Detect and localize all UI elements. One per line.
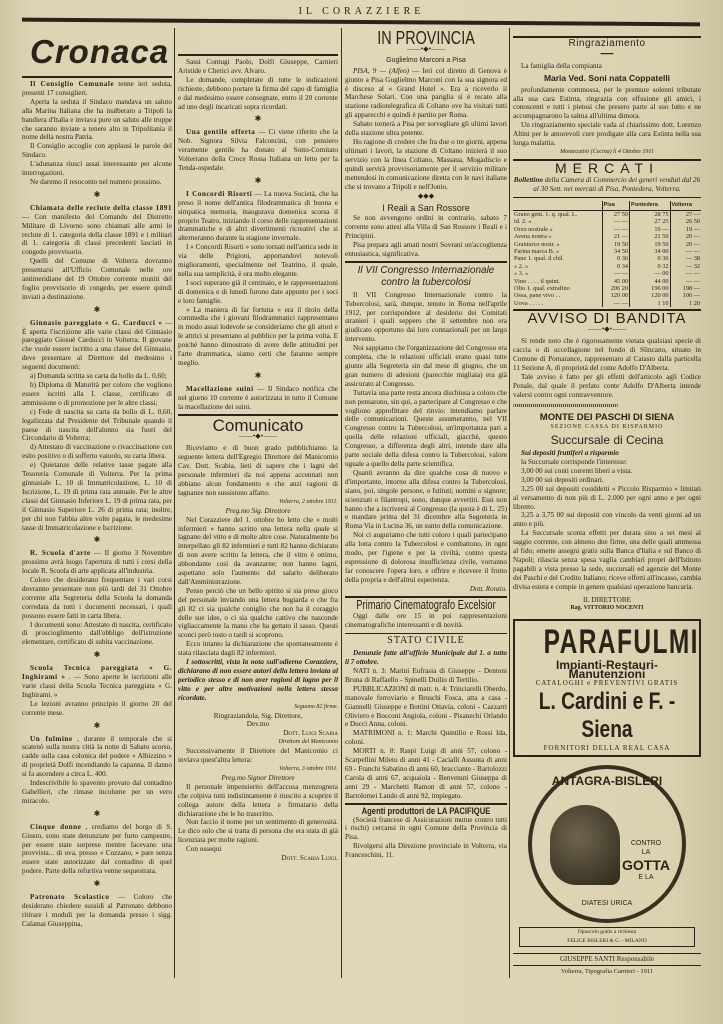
price: 26 50: [670, 218, 701, 225]
article-paragraph: Indescrivibile lo spavento provato dal c…: [22, 779, 172, 806]
commodity: Olio 1. qual. extrafino: [513, 285, 602, 292]
commodity: Granturco nostr. »: [513, 241, 602, 248]
paragraph: Penso perciò che un bello spirito si sia…: [178, 587, 338, 640]
salutation-2: Preg.mo Signor Direttore: [178, 774, 338, 783]
pacifique-body: (Società francese di Assicurazioni mutue…: [345, 816, 507, 843]
declaration: I sottoscritti, vista la nota sull'odier…: [178, 658, 338, 703]
price: 27 50: [602, 211, 630, 219]
paragraph: Nel Corazziere del 1. ottobre ho letto c…: [178, 516, 338, 587]
article-paragraph: Coloro che desiderano frequentare i vari…: [22, 576, 172, 621]
ringraziamento-title: Ringraziamento: [513, 40, 701, 49]
commodity: Avena nostra »: [513, 233, 602, 240]
price: — —: [602, 226, 630, 233]
paragraph: Noi sappiamo che l'organizzazione del Co…: [345, 344, 507, 389]
ad-claim: CONTRO LA GOTTA E LA: [622, 839, 670, 882]
article: Un fulmine , durante il temporale che si…: [22, 735, 172, 780]
congresso-head: Il VII Congresso Internazionale contro l…: [345, 265, 507, 289]
column-two: Sassi Contugi Paolo, Dolfi Giuseppe, Car…: [178, 28, 338, 978]
paragraph: Con ossequi: [178, 845, 338, 854]
ad-brand: PARAFULMINI: [544, 623, 671, 661]
separator-star: ✱: [178, 115, 338, 124]
direttore-name: Rag. VITTORIO NOCENTI: [513, 604, 701, 613]
commodity: » 2. »: [513, 263, 602, 270]
commodity: Pane 1. qual. il chil.: [513, 255, 602, 262]
article: Scuola Tecnica pareggiata « G. Inghirami…: [22, 664, 172, 700]
paragraph: Se non avvengono ordini in contrario, sa…: [345, 214, 507, 241]
separator-star: ✱: [22, 306, 172, 315]
article-paragraph: Le lezioni avranno principio il giorno 2…: [22, 700, 172, 718]
cinema-title: Primario Cinematografo Excelsior: [346, 601, 506, 610]
article: R. Scuola d'arte — Il giorno 3 Novembre …: [22, 549, 172, 576]
paragraph: Il VII Congresso Internazionale contro l…: [345, 291, 507, 344]
price: 20 —: [670, 233, 701, 240]
paragraph: Si rende noto che è rigorosamente vietat…: [513, 337, 701, 373]
commodity: » 3. »: [513, 270, 602, 277]
ringraziamento-sig: Montecatini (Cecina) li 4 Ottobre 1911: [513, 148, 701, 157]
section-title-provincia: IN PROVINCIA: [361, 34, 491, 43]
separator-star: ✱: [22, 880, 172, 889]
ad-services: Impianti-Restauri-Manutenzioni: [519, 661, 695, 679]
snake-illustration-icon: [550, 805, 620, 885]
article-paragraph: b) Diploma di Maturità per coloro che vo…: [22, 381, 172, 408]
paragraph: Sassi Contugi Paolo, Dolfi Giuseppe, Car…: [178, 58, 338, 76]
reali-paras: Se non avvengono ordini in contrario, sa…: [345, 214, 507, 259]
paragraph: 3,00 00 sui depositi ordinari.: [513, 476, 701, 485]
paragraph: 3,00 00 sui conti correnti liberi a vist…: [513, 467, 701, 476]
signer-role: Direttore del Manicomio: [178, 738, 338, 747]
price: 0 36: [602, 255, 630, 262]
column-divider: [341, 28, 342, 978]
price: — 00: [630, 270, 670, 277]
market-row: id. 2. »— —27 2526 50: [513, 218, 701, 225]
article-headline: Ginnasio pareggiato « G. Carducci »: [30, 319, 162, 327]
paragraph: Un ringraziamento speciale vada al chiar…: [513, 121, 701, 148]
article-paragraph: d) Attestato di vaccinazione o rivaccina…: [22, 443, 172, 461]
price: 196 00: [630, 285, 670, 292]
price: 0 32: [630, 263, 670, 270]
declaration-signatures: Seguono 82 firme.: [178, 703, 338, 712]
separator-star: ✱: [22, 191, 172, 200]
salutation: Preg.mo Sig. Direttore: [178, 507, 338, 516]
avviso-title: AVVISO DI BANDITA: [513, 315, 701, 324]
price: — 32: [670, 263, 701, 270]
comunicato-title: Comunicato: [178, 422, 338, 431]
ornament: ◆◆◆: [345, 192, 507, 201]
reali-head: I Reali a San Rossore: [345, 204, 507, 213]
article-paragraph: L'adunanza riuscì assai interessante per…: [22, 160, 172, 178]
separator-star: ✱: [22, 810, 172, 819]
commodity: Vino . . . . il quint.: [513, 278, 602, 285]
thanks: Ringraziandola, Sig. Direttore,: [178, 712, 338, 721]
article-paragraph: Ne daremo il resoconto nel numero prossi…: [22, 178, 172, 187]
market-row: Avena nostra »21 —21 5020 —: [513, 233, 701, 240]
market-row: Ossa, pane vivo . .120 00120 00106 —: [513, 292, 701, 299]
stato-civile-title: STATO CIVILE: [345, 637, 507, 646]
paragraph: Sabato tornerà a Pisa per sorvegliare gl…: [345, 120, 507, 138]
article-paragraph: c) Fede di nascita su carta da bollo di …: [22, 408, 172, 444]
bisleri-maker: Opuscolo gratis a richiesta FELICE BISLE…: [519, 927, 695, 947]
article: Patronato Scolastico — Coloro che deside…: [22, 893, 172, 929]
price: — —: [602, 218, 630, 225]
market-prices-table: PisaPontederaVolterra Grano gent. 1. q. …: [513, 201, 701, 308]
antagra-bisleri-ad: ANTAGRA-BISLERI CONTRO LA GOTTA E LA DIA…: [528, 765, 686, 923]
article-headline: I Concordi Risorti: [186, 190, 252, 198]
article: Una gentile offerta — Ci viene riferito …: [178, 128, 338, 173]
date-2: Volterra, 3 ottobre 1911.: [178, 765, 338, 774]
section-title-cronaca: Cronaca Cittadina: [30, 30, 172, 74]
congresso-signer: Dott. Ronzio.: [345, 585, 507, 594]
column-two-articles: ✱Una gentile offerta — Ci viene riferito…: [178, 115, 338, 411]
market-row: Pane 1. qual. il chil.0 360 36— 38: [513, 255, 701, 262]
article-headline: Il Consiglio Comunale: [30, 80, 114, 88]
paragraph: Ecco intanto la dichiarazione che sponta…: [178, 640, 338, 658]
ringraziamento-line1: La famiglia della compianta: [513, 62, 701, 71]
price: 34 50: [602, 248, 630, 255]
article-headline: Patronato Scolastico: [30, 893, 109, 901]
article: I Concordi Risorti — La nuova Società, c…: [178, 190, 338, 243]
commodity: Grano gent. 1. q. qual. L.: [513, 211, 602, 219]
commodity: id. 2. »: [513, 218, 602, 225]
avviso-paras: Si rende noto che è rigorosamente vietat…: [513, 337, 701, 399]
paragraph: profondamente commossa, per le premure s…: [513, 86, 701, 122]
article: Macellazione suini — Il Sindaco notifica…: [178, 385, 338, 412]
price: 21 50: [630, 233, 670, 240]
paragraph: Le domande, completate di tutte le indic…: [178, 76, 338, 112]
price: — —: [670, 270, 701, 277]
parafulmini-ad: PARAFULMINI Impianti-Restauri-Manutenzio…: [513, 619, 701, 757]
price: 198 —: [670, 285, 701, 292]
divider: [345, 261, 507, 263]
branch-name: Succursale di Cecina: [513, 436, 701, 445]
price: 206 20: [602, 285, 630, 292]
cronaca-articles: Il Consiglio Comunale tenne ieri seduta,…: [22, 80, 172, 929]
divider: [345, 633, 507, 634]
article-paragraph: I documenti sono: Attestato di nascita, …: [22, 621, 172, 648]
column-provincia: IN PROVINCIA ——•◆•—— Guglielmo Marconi a…: [345, 28, 507, 988]
paragraph: 3,25 00 sui depositi cosiddetti « Piccol…: [513, 485, 701, 512]
monte-lead: Sui depositi fruttiferi a risparmio: [521, 449, 619, 457]
ringraziamento-paras: profondamente commossa, per le premure s…: [513, 86, 701, 148]
market-row: Farina marca B. »34 5034 00— —: [513, 248, 701, 255]
article-headline: Una gentile offerta: [186, 128, 255, 136]
article-paragraph: a) Domanda scritta su carta da bollo da …: [22, 372, 172, 381]
deceased-name: Maria Ved. Soni nata Coppatelli: [513, 74, 701, 83]
commodity: Farina marca B. »: [513, 248, 602, 255]
dateline: PISA, 9 — (Alfeo): [353, 67, 409, 75]
commodity: Ossa, pane vivo . .: [513, 292, 602, 299]
price: 19 50: [602, 241, 630, 248]
price: 1 10: [630, 300, 670, 307]
article-headline: Cinque donne: [30, 823, 81, 831]
congresso-paras: Il VII Congresso Internazionale contro l…: [345, 291, 507, 585]
article-paragraph: Quelli del Comune di Volterra dovranno p…: [22, 257, 172, 302]
article-paragraph: I soci superano già il centinaio, e le r…: [178, 279, 338, 306]
commodity: Orzo nostrale »: [513, 226, 602, 233]
responsabile: GIUSEPPE SANTI Responsabile: [513, 953, 701, 966]
pacifique-body-2: Rivolgersi alla Direzione provinciale in…: [345, 842, 507, 860]
price: 20 —: [670, 241, 701, 248]
ad-supplier: FORNITORI DELLA REAL CASA: [519, 744, 695, 753]
price: 28 75: [630, 211, 670, 219]
paragraph: Noi ci auguriamo che tutti coloro i qual…: [345, 531, 507, 584]
price: — 38: [670, 255, 701, 262]
paragraph: la Succursale corrisponde l'interesse:: [513, 458, 701, 467]
article-headline: Scuola Tecnica pareggiata « G. Inghirami…: [22, 664, 172, 681]
article-paragraph: Aperta la seduta il Sindaco mandava un s…: [22, 98, 172, 143]
monte-title: MONTE DEI PASCHI DI SIENA: [513, 414, 701, 423]
price: 27 25: [630, 218, 670, 225]
price: 120 00: [630, 292, 670, 299]
paragraph: Tale avviso è fatto per gli effetti dell…: [513, 373, 701, 400]
price: 1 20: [670, 300, 701, 307]
market-row: Granturco nostr. »19 5019 5020 —: [513, 241, 701, 248]
article-paragraph: Il Consiglio accoglie con applausi le pa…: [22, 142, 172, 160]
separator-star: ✱: [22, 536, 172, 545]
marconi-paras: Sabato tornerà a Pisa per sorvegliare gl…: [345, 120, 507, 191]
market-row: Grano gent. 1. q. qual. L.27 5028 7527 —: [513, 211, 701, 219]
chain-divider: oooooooooooooooooooooooooooooooooooooooo…: [513, 402, 701, 411]
column-divider: [509, 28, 510, 978]
price: — —: [670, 278, 701, 285]
signer: Dott. Luigi Scabia: [178, 729, 338, 738]
marconi-head: Guglielmo Marconi a Pisa: [345, 57, 507, 66]
paragraph: Non faccio il nome per un sentimento di …: [178, 818, 338, 845]
ornament: ——•◆•——: [178, 432, 338, 441]
paragraph: Quanti avranno da dire qualche cosa di n…: [345, 469, 507, 531]
divider: [513, 197, 701, 198]
article: Cinque donne , crediamo del borgo di S. …: [22, 823, 172, 876]
tipografia: Volterra, Tipografia Carnieri - 1911: [513, 968, 701, 977]
masthead: IL CORAZZIERE: [0, 6, 723, 17]
continuation-text: Sassi Contugi Paolo, Dolfi Giuseppe, Car…: [178, 58, 338, 111]
market-row: Orzo nostrale »— —19 —19 —: [513, 226, 701, 233]
stato-civile-intro: Denunzie fatte all'ufficio Municipale da…: [345, 649, 507, 667]
market-row: Vino . . . . il quint.45 0044 00— —: [513, 278, 701, 285]
separator-star: ✱: [22, 722, 172, 731]
column-divider: [174, 28, 175, 978]
article-headline: Un fulmine: [30, 735, 73, 743]
divider: [345, 803, 507, 805]
comunicato-date: Volterra, 2 ottobre 1911.: [178, 498, 338, 507]
comunicato-body: Nel Corazziere del 1. ottobre ho letto c…: [178, 516, 338, 659]
direttore-label: IL DIRETTORE: [513, 596, 701, 605]
column-four: Ringraziamento ━━━ La famiglia della com…: [513, 28, 701, 988]
divider: [22, 76, 172, 78]
mercati-title: MERCATI: [513, 164, 701, 173]
article-headline: R. Scuola d'arte: [30, 549, 91, 557]
market-column-header: Pontedera: [630, 201, 670, 211]
market-row: » 3. »— —— 00— —: [513, 270, 701, 277]
ad-catalog: CATALOGHI e PREVENTIVI GRATIS: [519, 679, 695, 688]
separator-star: ✱: [178, 177, 338, 186]
price: — —: [670, 248, 701, 255]
paragraph: PUBBLICAZIONI di matr. n. 4: Trinciarell…: [345, 685, 507, 730]
mercati-intro: Bollettino della Camera di Commercio dei…: [513, 176, 701, 194]
stato-civile-entries: NATI n. 3: Marini Eufrasia di Giuseppe -…: [345, 667, 507, 801]
price: 19 50: [630, 241, 670, 248]
monte-subtitle: SEZIONE CASSA DI RISPARMIO: [513, 423, 701, 432]
article-headline: Chiamata delle reclute della classe 1891: [30, 204, 172, 212]
price: 19 —: [670, 226, 701, 233]
article-headline: Macellazione suini: [186, 385, 254, 393]
article: Ginnasio pareggiato « G. Carducci » — È …: [22, 319, 172, 372]
paragraph: Ho ragione di credere che fra due o tre …: [345, 138, 507, 191]
ad-diatesi: DIATESI URICA: [532, 900, 682, 909]
paragraph: Tuttavia una parte resta ancora dischius…: [345, 389, 507, 469]
price: 21 —: [602, 233, 630, 240]
paragraph: MATRIMONI n. 1: Marchi Quintilio e Rossi…: [345, 729, 507, 747]
price: — —: [602, 300, 630, 307]
article-paragraph: e) Quietanze delle relative tasse pagate…: [22, 461, 172, 532]
comunicato-intro: Riceviamo e di buon grado pubblichiamo l…: [178, 444, 338, 497]
comunicato-body-2: Il personale impensierito dell'accusa me…: [178, 783, 338, 854]
monte-paras: la Succursale corrisponde l'interesse:3,…: [513, 458, 701, 592]
price: 0 36: [630, 255, 670, 262]
price: 44 00: [630, 278, 670, 285]
column-cronaca: Cronaca Cittadina Il Consiglio Comunale …: [22, 28, 172, 978]
ad-company: L. Cardini e F. - Siena: [537, 688, 678, 744]
paragraph: Pisa prepara agli amati nostri Sovrani u…: [345, 241, 507, 259]
cinema-body: Oggi dalle ore 15 in poi rappresentazion…: [345, 612, 507, 630]
article: Chiamata delle reclute della classe 1891…: [22, 204, 172, 257]
pacifique-title: Agenti produttori de LA PACIFIQUE: [357, 807, 495, 816]
price: — —: [602, 270, 630, 277]
price: 106 —: [670, 292, 701, 299]
market-column-header: Volterra: [670, 201, 701, 211]
article-paragraph: I « Concordi Risorti » sono tornati nell…: [178, 243, 338, 279]
paragraph: La Succursale sconta effetti per durata …: [513, 529, 701, 591]
price: 45 00: [602, 278, 630, 285]
price: 34 00: [630, 248, 670, 255]
article: Il Consiglio Comunale tenne ieri seduta,…: [22, 80, 172, 98]
dev: Dev.mo: [178, 720, 338, 729]
ad-arc-text: ANTAGRA-BISLERI: [532, 777, 682, 786]
separator-star: ✱: [178, 372, 338, 381]
market-column-header: Pisa: [602, 201, 630, 211]
price: 27 —: [670, 211, 701, 219]
article-paragraph: « La maniera di far fortuna » era il tit…: [178, 306, 338, 368]
price: 120 00: [602, 292, 630, 299]
signer-2: Dott. Scabia Luigi.: [178, 854, 338, 863]
paragraph: 3,25 a 3,75 00 sui depositi con vincolo …: [513, 511, 701, 529]
market-row: » 2. »0 340 32— 32: [513, 263, 701, 270]
after-text: Successivamente il Direttore del Manicom…: [178, 747, 338, 765]
market-row: Olio 1. qual. extrafino206 20196 00198 —: [513, 285, 701, 292]
paragraph: MORTI n. 8: Raspi Luigi di anni 57, colo…: [345, 747, 507, 800]
separator-star: ✱: [22, 651, 172, 660]
paragraph: NATI n. 3: Marini Eufrasia di Giuseppe -…: [345, 667, 507, 685]
commodity: Uova . . . . .: [513, 300, 602, 307]
price: 19 —: [630, 226, 670, 233]
market-row: Uova . . . . .— —1 101 20: [513, 300, 701, 307]
divider: [178, 54, 338, 56]
ornament: ━━━: [513, 50, 701, 59]
paragraph: Il personale impensierito dell'accusa me…: [178, 783, 338, 819]
price: 0 34: [602, 263, 630, 270]
